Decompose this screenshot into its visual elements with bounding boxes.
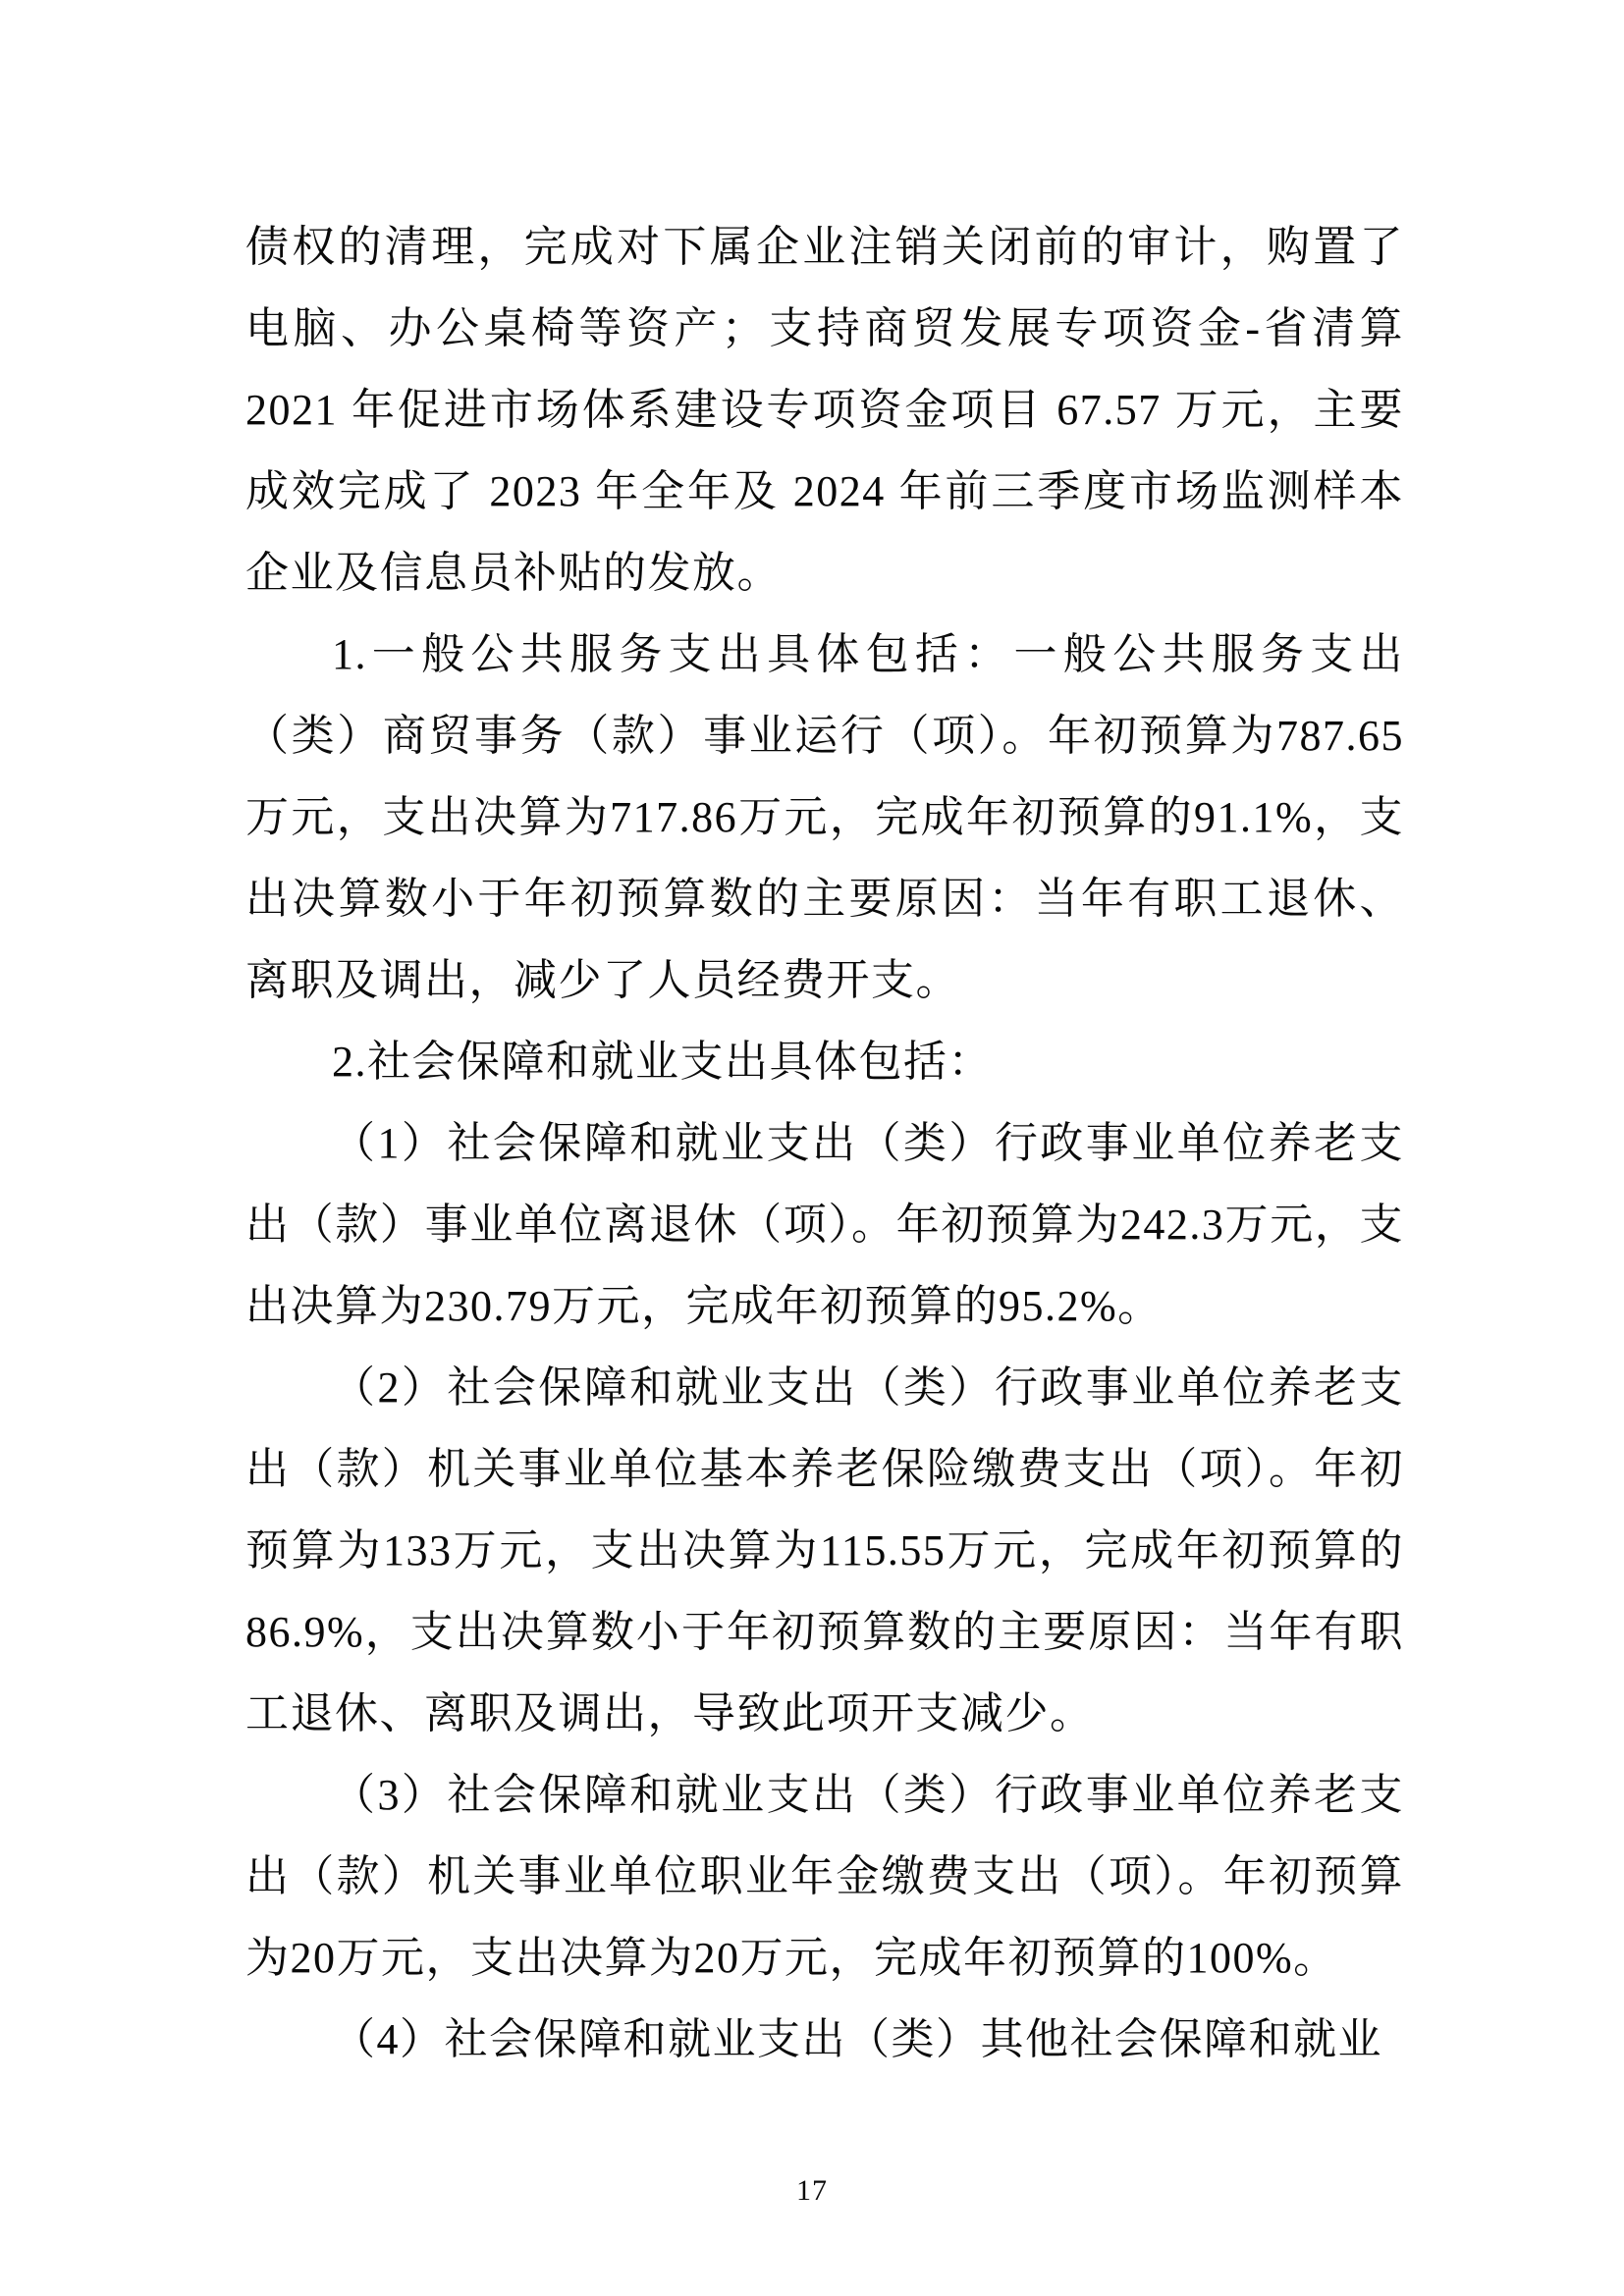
paragraph-1: 债权的清理，完成对下属企业注销关闭前的审计，购置了电脑、办公桌椅等资产；支持商贸…: [245, 206, 1404, 614]
paragraph-7: （4）社会保障和就业支出（类）其他社会保障和就业: [245, 1999, 1404, 2080]
paragraph-3: 2.社会保障和就业支出具体包括：: [245, 1021, 1404, 1102]
paragraph-2: 1.一般公共服务支出具体包括：一般公共服务支出（类）商贸事务（款）事业运行（项）…: [245, 614, 1404, 1021]
paragraph-6: （3）社会保障和就业支出（类）行政事业单位养老支出（款）机关事业单位职业年金缴费…: [245, 1754, 1404, 1999]
paragraph-5: （2）社会保障和就业支出（类）行政事业单位养老支出（款）机关事业单位基本养老保险…: [245, 1347, 1404, 1754]
document-body: 债权的清理，完成对下属企业注销关闭前的审计，购置了电脑、办公桌椅等资产；支持商贸…: [245, 206, 1404, 2080]
document-page: 债权的清理，完成对下属企业注销关闭前的审计，购置了电脑、办公桌椅等资产；支持商贸…: [0, 0, 1624, 2296]
page-number: 17: [796, 2174, 828, 2207]
page-footer: 17: [0, 2171, 1624, 2211]
paragraph-4: （1）社会保障和就业支出（类）行政事业单位养老支出（款）事业单位离退休（项）。年…: [245, 1102, 1404, 1347]
